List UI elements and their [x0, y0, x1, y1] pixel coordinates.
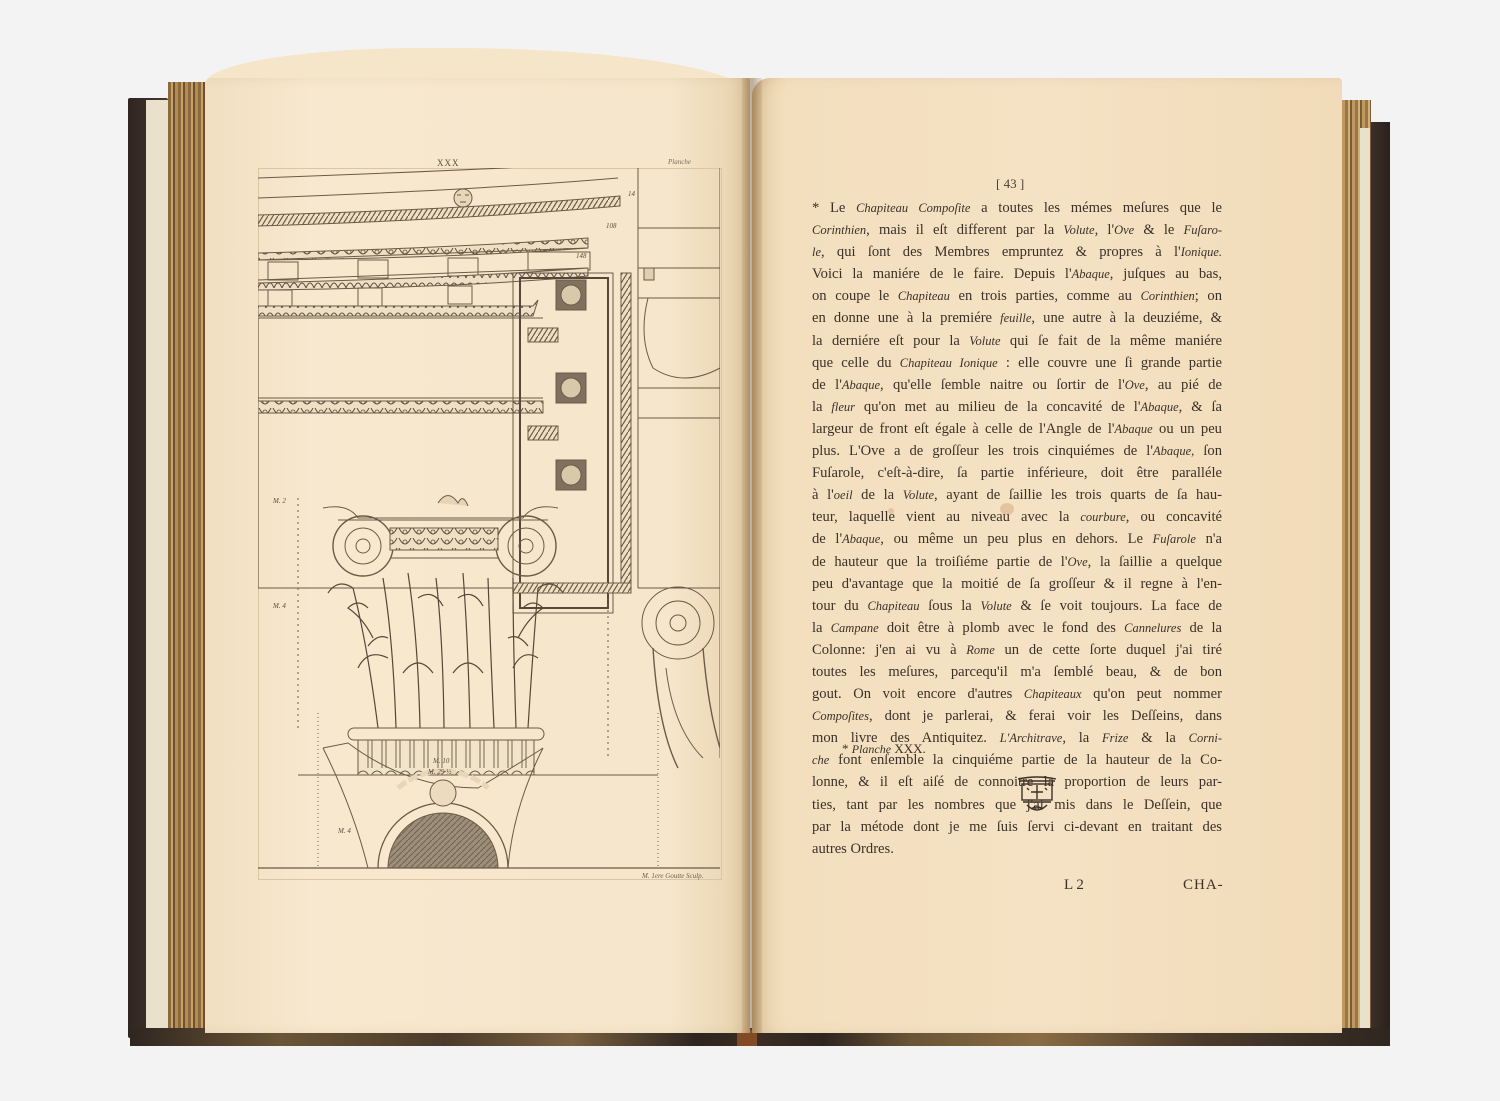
- italic-term: Abaque: [1072, 267, 1110, 281]
- text-run: un de cette ſorte duquel j'ai tiré: [995, 642, 1222, 658]
- italic-term: Chapiteau Ionique: [900, 356, 998, 370]
- text-run: de hauteur que la troiſiéme partie de l': [812, 554, 1068, 570]
- text-run: en donne une à la premiére: [812, 310, 1000, 326]
- italic-term: Ionique.: [1181, 245, 1222, 259]
- text-line: en donne une à la premiére feuille, une …: [812, 307, 1222, 329]
- svg-text:M. 29 ½: M. 29 ½: [427, 768, 452, 776]
- text-line: teur, laquelle vient au niveau avec la c…: [812, 506, 1222, 528]
- text-line: Compoſites, dont je parlerai, & ferai vo…: [812, 705, 1222, 727]
- text-line: la Campane doit être à plomb avec le fon…: [812, 617, 1222, 639]
- text-line: toutes les meſures, parcequ'il m'a ſembl…: [812, 661, 1222, 683]
- text-run: , juſques au bas,: [1110, 266, 1222, 282]
- svg-text:M. 4: M. 4: [337, 827, 351, 835]
- svg-text:108: 108: [606, 222, 617, 230]
- text-run: , ou concavité: [1126, 509, 1222, 525]
- foxing-stain: [1000, 503, 1014, 515]
- text-run: ſon: [1194, 443, 1222, 459]
- text-line: Corinthien, mais il eſt different par la…: [812, 219, 1222, 241]
- text-run: de la: [853, 487, 903, 503]
- text-run: doit être à plomb avec le fond des: [879, 620, 1125, 636]
- text-run: , qu'elle ſemble naitre ou ſortir de l': [880, 377, 1125, 393]
- text-run: n'a: [1196, 531, 1222, 547]
- italic-term: Volute: [969, 334, 1000, 348]
- italic-term: Fuſarole: [1153, 532, 1196, 546]
- italic-term: Campane: [831, 621, 879, 635]
- text-run: plus. L'Ove a de groſſeur les trois cinq…: [812, 443, 1153, 459]
- italic-term: Rome: [966, 643, 994, 657]
- text-line: Fuſarole, c'eſt-à-dire, ſa partie inféri…: [812, 462, 1222, 484]
- text-line: autres Ordres.: [812, 838, 1222, 860]
- text-run: & le: [1134, 222, 1183, 238]
- fleuron-ornament-icon: [1015, 775, 1059, 817]
- footnote-label: Planche: [852, 742, 891, 756]
- text-run: * Le: [812, 200, 856, 216]
- italic-term: Ove: [1114, 223, 1134, 237]
- text-run: tour du: [812, 598, 867, 614]
- italic-term: Chapiteau: [898, 289, 950, 303]
- italic-term: Compoſites: [812, 709, 869, 723]
- italic-term: Chapiteau: [867, 599, 919, 613]
- text-run: Voici la maniére de le faire. Depuis l': [812, 266, 1072, 282]
- text-run: , l': [1095, 222, 1115, 238]
- text-run: toutes les meſures, parcequ'il m'a ſembl…: [812, 664, 1222, 680]
- text-line: la derniére eſt pour la Volute qui ſe fa…: [812, 330, 1222, 352]
- text-line: Voici la maniére de le faire. Depuis l'A…: [812, 263, 1222, 285]
- text-run: , ayant de ſaillie les trois quarts de ſ…: [934, 487, 1222, 503]
- text-line: par la métode dont je me ſuis ſervi ci-d…: [812, 816, 1222, 838]
- italic-term: Abaque,: [1153, 444, 1194, 458]
- text-run: : elle couvre une ſi grande partie: [998, 355, 1222, 371]
- text-line: de hauteur que la troiſiéme partie de l'…: [812, 551, 1222, 573]
- text-line: que celle du Chapiteau Ionique : elle co…: [812, 352, 1222, 374]
- text-run: gout. On voit encore d'autres: [812, 686, 1024, 702]
- italic-term: Volute: [980, 599, 1011, 613]
- italic-term: Frize: [1102, 731, 1128, 745]
- plate-footnote: * Planche XXX.: [842, 741, 926, 757]
- text-run: , une autre à la deuziéme, &: [1031, 310, 1222, 326]
- text-run: & la: [1128, 730, 1188, 746]
- text-run: de l': [812, 377, 842, 393]
- text-run: qui ſe fait de la même maniére: [1001, 333, 1222, 349]
- text-run: qu'on peut nommer: [1082, 686, 1222, 702]
- text-line: le, qui ſont des Membres empruntez & pro…: [812, 241, 1222, 263]
- text-run: de la: [1181, 620, 1222, 636]
- text-run: , dont je parlerai, & ferai voir les Deſ…: [869, 708, 1222, 724]
- italic-term: oeil: [834, 488, 853, 502]
- italic-term: courbure: [1080, 510, 1125, 524]
- text-line: de l'Abaque, ou même un peu plus en deho…: [812, 528, 1222, 550]
- italic-term: Corinthien: [812, 223, 866, 237]
- foxing-stain: [888, 508, 894, 514]
- text-run: , mais il eſt different par la: [866, 222, 1063, 238]
- text-run: , ou même un peu plus en dehors. Le: [880, 531, 1152, 547]
- text-run: , & ſa: [1179, 399, 1222, 415]
- left-page-edges: [168, 82, 210, 1032]
- right-cover-board: [1370, 122, 1390, 1040]
- catchword: CHA-: [1183, 877, 1224, 894]
- text-run: teur, laquelle vient au niveau avec la: [812, 509, 1080, 525]
- text-line: * Le Chapiteau Compoſite a toutes les mé…: [812, 197, 1222, 219]
- text-run: par la métode dont je me ſuis ſervi ci-d…: [812, 819, 1222, 835]
- italic-term: le: [812, 245, 821, 259]
- body-text: * Le Chapiteau Compoſite a toutes les mé…: [812, 197, 1222, 860]
- text-line: tour du Chapiteau ſous la Volute & ſe vo…: [812, 595, 1222, 617]
- italic-term: Cannelures: [1124, 621, 1181, 635]
- text-run: la: [812, 620, 831, 636]
- italic-term: L'Architrave: [1000, 731, 1063, 745]
- engraver-credit: M. 1ere Goutte Sculp.: [642, 872, 703, 880]
- text-line: de l'Abaque, qu'elle ſemble naitre ou ſo…: [812, 374, 1222, 396]
- italic-term: Abaque: [842, 532, 880, 546]
- text-run: qu'on met au milieu de la concavité de l…: [855, 399, 1140, 415]
- text-line: gout. On voit encore d'autres Chapiteaux…: [812, 683, 1222, 705]
- text-run: largeur de front eſt égale à celle de l'…: [812, 421, 1115, 437]
- italic-term: Corni-: [1189, 731, 1222, 745]
- italic-term: Abaque: [1115, 422, 1153, 436]
- composite-capital-engraving: M. 10 M. 29 ½ 14 148 108 M. 2 M. 4 M. 4: [258, 168, 720, 878]
- text-run: ſous la: [920, 598, 981, 614]
- measure-label: M. 10: [432, 757, 450, 765]
- italic-term: feuille: [1000, 311, 1031, 325]
- text-line: la fleur qu'on met au milieu de la conca…: [812, 396, 1222, 418]
- text-run: Colonne: j'en ai vu à: [812, 642, 966, 658]
- text-run: peu d'avantage que la moitié de ſa groſſ…: [812, 576, 1222, 592]
- italic-term: fleur: [831, 400, 855, 414]
- text-run: de l': [812, 531, 842, 547]
- text-run: en trois parties, comme au: [950, 288, 1141, 304]
- text-run: & ſe voit toujours. La face de: [1012, 598, 1222, 614]
- text-run: Fuſarole, c'eſt-à-dire, ſa partie inféri…: [812, 465, 1222, 481]
- signature-mark: L 2: [1064, 877, 1084, 894]
- plate-number: XXX: [437, 158, 460, 168]
- text-run: que celle du: [812, 355, 900, 371]
- plate-corner-note: Planche: [668, 158, 691, 166]
- text-run: , la: [1062, 730, 1102, 746]
- page-number: [ 43 ]: [996, 176, 1024, 192]
- text-line: peu d'avantage que la moitié de ſa groſſ…: [812, 573, 1222, 595]
- text-line: à l'oeil de la Volute, ayant de ſaillie …: [812, 484, 1222, 506]
- text-run: ; on: [1195, 288, 1222, 304]
- text-run: à l': [812, 487, 834, 503]
- italic-term: Ove: [1125, 378, 1145, 392]
- svg-text:M. 4: M. 4: [272, 602, 286, 610]
- text-run: , la ſaillie a quelque: [1088, 554, 1222, 570]
- svg-text:14: 14: [628, 190, 636, 198]
- italic-term: Ove: [1068, 555, 1088, 569]
- italic-term: Abaque: [1140, 400, 1178, 414]
- italic-term: Volute: [903, 488, 934, 502]
- italic-term: Corinthien: [1141, 289, 1195, 303]
- footnote-marker: *: [842, 741, 852, 756]
- italic-term: Abaque: [842, 378, 880, 392]
- text-line: plus. L'Ove a de groſſeur les trois cinq…: [812, 440, 1222, 462]
- text-run: on coupe le: [812, 288, 898, 304]
- footnote-number: XXX.: [894, 741, 925, 756]
- italic-term: Chapiteaux: [1024, 687, 1082, 701]
- text-run: ou un peu: [1153, 421, 1222, 437]
- left-flyleaf: [146, 100, 168, 1030]
- italic-term: che: [812, 753, 829, 767]
- open-book: XXX Planche: [0, 0, 1500, 1101]
- italic-term: Volute: [1063, 223, 1094, 237]
- right-flyleaf: [1360, 128, 1370, 1028]
- text-run: la derniére eſt pour la: [812, 333, 969, 349]
- svg-text:148: 148: [576, 252, 587, 260]
- text-run: , qui ſont des Membres empruntez & propr…: [821, 244, 1181, 260]
- text-run: a toutes les mémes meſures que le: [970, 200, 1222, 216]
- text-line: largeur de front eſt égale à celle de l'…: [812, 418, 1222, 440]
- svg-text:M. 2: M. 2: [272, 497, 286, 505]
- text-run: , au pié de: [1145, 377, 1222, 393]
- gutter-shadow: [742, 78, 762, 1033]
- text-line: Colonne: j'en ai vu à Rome un de cette ſ…: [812, 639, 1222, 661]
- text-run: autres Ordres.: [812, 841, 894, 857]
- italic-term: Chapiteau Compoſite: [856, 201, 970, 215]
- text-line: on coupe le Chapiteau en trois parties, …: [812, 285, 1222, 307]
- text-run: la: [812, 399, 831, 415]
- italic-term: Fuſaro-: [1184, 223, 1222, 237]
